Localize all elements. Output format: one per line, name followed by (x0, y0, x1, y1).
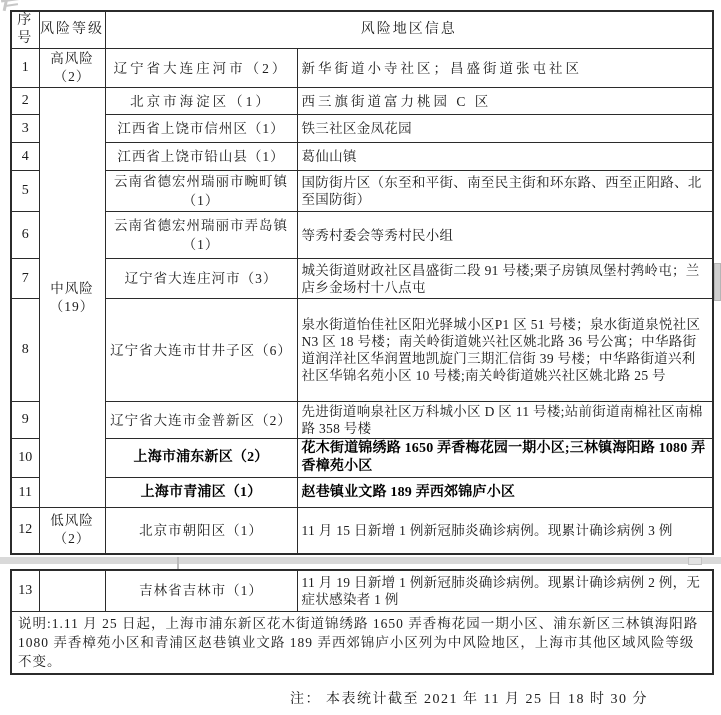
header-risk-level: 风险等级 (39, 11, 105, 49)
detail-cell: 城关街道财政社区昌盛街二段 91 号楼;栗子房镇凤堡村鹁岭屯；兰店乡金场村十八点… (297, 259, 713, 299)
scrollbar-fragment[interactable] (714, 263, 721, 301)
row-num: 4 (11, 143, 39, 171)
table-row: 1 高风险（2） 辽宁省大连庄河市（2） 新华街道小寺社区；昌盛街道张屯社区 (11, 49, 713, 88)
table-row-highlight: 10 上海市浦东新区（2） 花木街道锦绣路 1650 弄香梅花园一期小区;三林镇… (11, 439, 713, 478)
detail-cell: 等秀村委会等秀村民小组 (297, 212, 713, 259)
region-cell: 江西省上饶市铅山县（1） (105, 143, 297, 171)
row-num: 1 (11, 49, 39, 88)
detail-cell: 花木街道锦绣路 1650 弄香梅花园一期小区;三林镇海阳路 1080 弄香樟苑小… (297, 439, 713, 478)
detail-cell: 国防街片区（东至和平街、南至民主街和环东路、西至正阳路、北至国防街） (297, 171, 713, 212)
table-row: 8 辽宁省大连市甘井子区（6） 泉水街道怡佳社区阳光驿城小区P1 区 51 号楼… (11, 299, 713, 402)
row-num: 3 (11, 115, 39, 143)
detail-cell: 新华街道小寺社区；昌盛街道张屯社区 (297, 49, 713, 88)
region-cell: 吉林省吉林市（1） (105, 570, 297, 612)
page-break-band (0, 555, 721, 569)
table-row: 9 辽宁省大连市金普新区（2） 先进街道响泉社区万科城小区 D 区 11 号楼;… (11, 402, 713, 439)
table-row: 4 江西省上饶市铅山县（1） 葛仙山镇 (11, 143, 713, 171)
detail-cell: 西三旗街道富力桃园 C 区 (297, 88, 713, 115)
risk-area-document: 序号 风险等级 风险地区信息 1 高风险（2） 辽宁省大连庄河市（2） 新华街道… (10, 10, 712, 708)
region-cell: 云南省德宏州瑞丽市畹町镇（1） (105, 171, 297, 212)
region-cell: 辽宁省大连庄河市（3） (105, 259, 297, 299)
row-num: 10 (11, 439, 39, 478)
artifact-stroke (6, 3, 18, 7)
table-row: 12 低风险（2） 北京市朝阳区（1） 11 月 15 日新增 1 例新冠肺炎确… (11, 508, 713, 554)
region-cell: 北京市海淀区（1） (105, 88, 297, 115)
region-cell: 辽宁省大连市甘井子区（6） (105, 299, 297, 402)
region-cell: 江西省上饶市信州区（1） (105, 115, 297, 143)
region-cell: 上海市浦东新区（2） (105, 439, 297, 478)
region-cell: 辽宁省大连庄河市（2） (105, 49, 297, 88)
page-break-tick (177, 557, 179, 569)
risk-level-low-cell: 低风险（2） (39, 508, 105, 554)
detail-cell: 赵巷镇业文路 189 弄西郊锦庐小区 (297, 478, 713, 508)
detail-cell: 泉水街道怡佳社区阳光驿城小区P1 区 51 号楼；泉水街道泉悦社区N3 区 18… (297, 299, 713, 402)
row-num: 11 (11, 478, 39, 508)
risk-level-high-cell: 高风险（2） (39, 49, 105, 88)
table-row: 5 云南省德宏州瑞丽市畹町镇（1） 国防街片区（东至和平街、南至民主街和环东路、… (11, 171, 713, 212)
detail-cell: 11 月 19 日新增 1 例新冠肺炎确诊病例。现累计确诊病例 2 例，无症状感… (297, 570, 713, 612)
table-row: 7 辽宁省大连庄河市（3） 城关街道财政社区昌盛街二段 91 号楼;栗子房镇凤堡… (11, 259, 713, 299)
detail-cell: 先进街道响泉社区万科城小区 D 区 11 号楼;站前街道南棉社区南棉路 358 … (297, 402, 713, 439)
row-num: 12 (11, 508, 39, 554)
risk-level-cell-empty (39, 570, 105, 612)
row-num: 8 (11, 299, 39, 402)
table-row: 2 中风险（19） 北京市海淀区（1） 西三旗街道富力桃园 C 区 (11, 88, 713, 115)
explanation-text: 说明:1.11 月 25 日起，上海市浦东新区花木街道锦绣路 1650 弄香梅花… (11, 612, 713, 675)
row-num: 9 (11, 402, 39, 439)
risk-table-page1: 序号 风险等级 风险地区信息 1 高风险（2） 辽宁省大连庄河市（2） 新华街道… (10, 10, 714, 555)
explanation-row: 说明:1.11 月 25 日起，上海市浦东新区花木街道锦绣路 1650 弄香梅花… (11, 612, 713, 675)
region-cell: 辽宁省大连市金普新区（2） (105, 402, 297, 439)
table-row-highlight: 11 上海市青浦区（1） 赵巷镇业文路 189 弄西郊锦庐小区 (11, 478, 713, 508)
row-num: 6 (11, 212, 39, 259)
header-seq: 序号 (11, 11, 39, 49)
table-row: 3 江西省上饶市信州区（1） 铁三社区金凤花园 (11, 115, 713, 143)
page-break-block (688, 557, 702, 565)
row-num: 7 (11, 259, 39, 299)
statistics-cutoff-note: 注： 本表统计截至 2021 年 11 月 25 日 18 时 30 分 (10, 688, 712, 708)
risk-table-page2: 13 吉林省吉林市（1） 11 月 19 日新增 1 例新冠肺炎确诊病例。现累计… (10, 569, 714, 676)
table-row: 13 吉林省吉林市（1） 11 月 19 日新增 1 例新冠肺炎确诊病例。现累计… (11, 570, 713, 612)
detail-cell: 铁三社区金凤花园 (297, 115, 713, 143)
risk-level-mid-cell: 中风险（19） (39, 88, 105, 508)
region-cell: 云南省德宏州瑞丽市弄岛镇（1） (105, 212, 297, 259)
row-num: 13 (11, 570, 39, 612)
row-num: 2 (11, 88, 39, 115)
region-cell: 上海市青浦区（1） (105, 478, 297, 508)
table-row: 6 云南省德宏州瑞丽市弄岛镇（1） 等秀村委会等秀村民小组 (11, 212, 713, 259)
detail-cell: 葛仙山镇 (297, 143, 713, 171)
header-risk-info: 风险地区信息 (105, 11, 713, 49)
table-header-row: 序号 风险等级 风险地区信息 (11, 11, 713, 49)
detail-cell: 11 月 15 日新增 1 例新冠肺炎确诊病例。现累计确诊病例 3 例 (297, 508, 713, 554)
row-num: 5 (11, 171, 39, 212)
region-cell: 北京市朝阳区（1） (105, 508, 297, 554)
